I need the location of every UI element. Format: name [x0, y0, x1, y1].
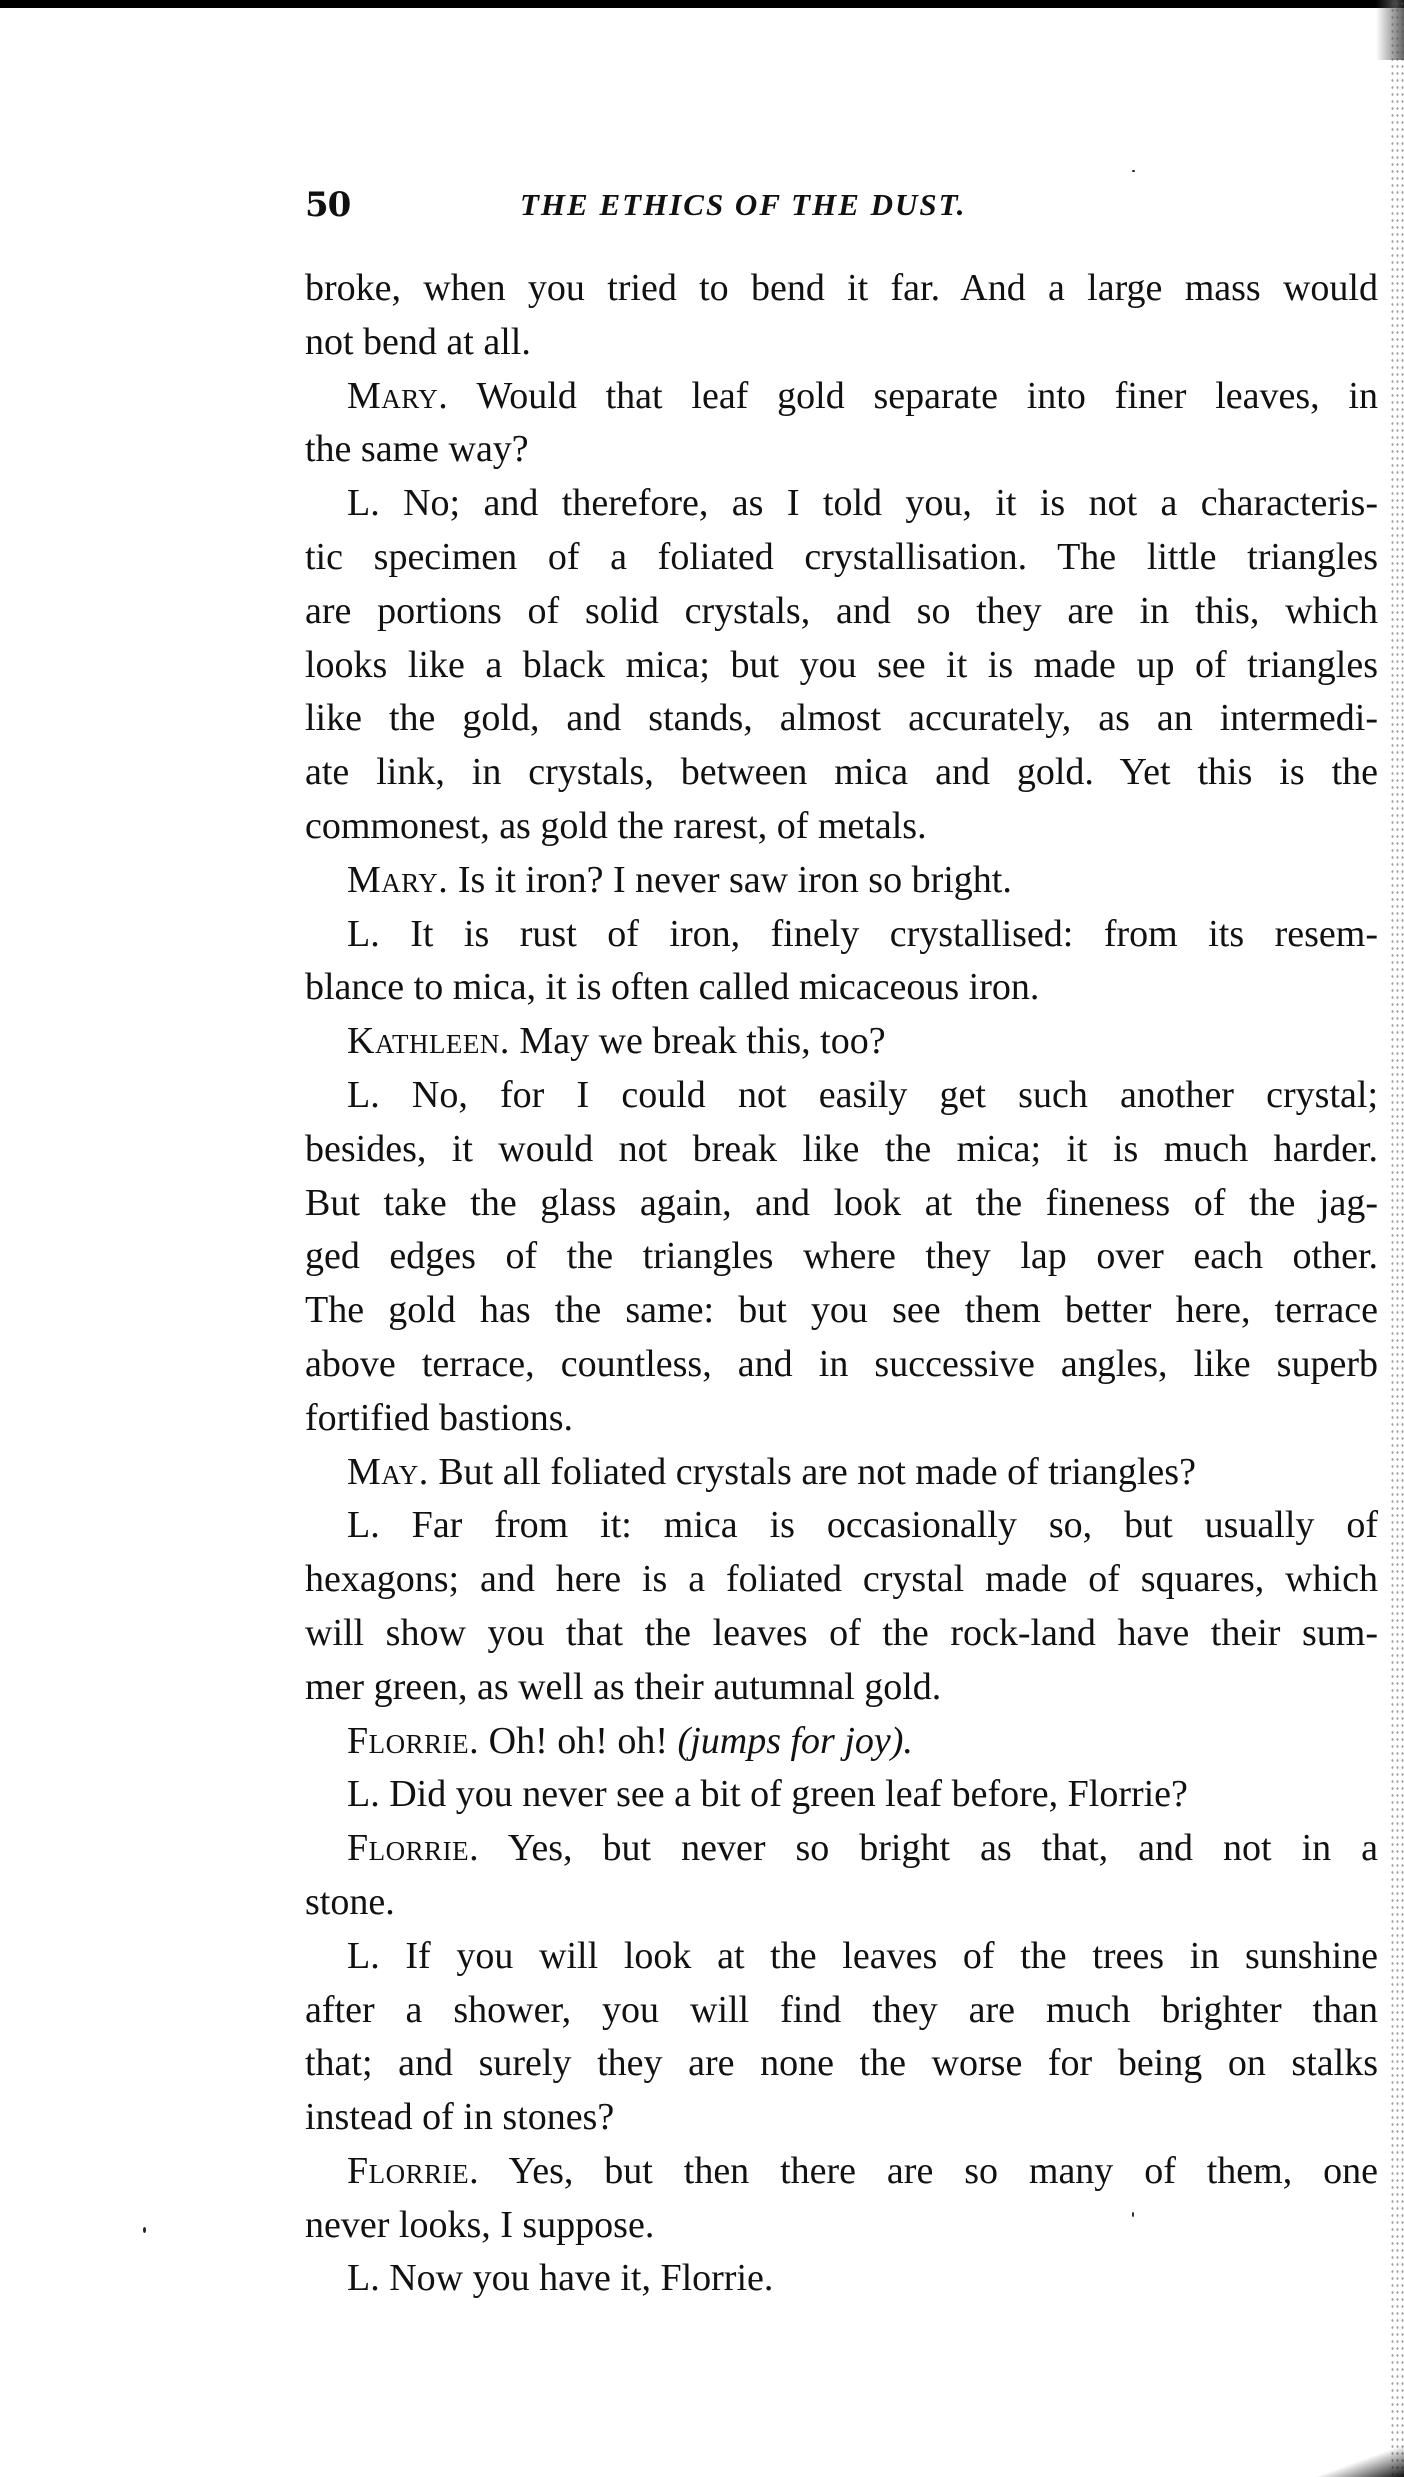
line-text: commonest, as gold the rarest, of metals… — [305, 805, 927, 847]
text-line: commonest, as gold the rarest, of metals… — [305, 800, 1378, 854]
text-line: ged edges of the triangles where they la… — [305, 1230, 1378, 1284]
text-line: like the gold, and stands, almost accura… — [305, 692, 1378, 746]
speaker-name: Florrie. — [347, 1827, 479, 1869]
speaker-name: May. — [347, 1451, 429, 1493]
text-line: L. Did you never see a bit of green leaf… — [305, 1768, 1378, 1822]
dialogue-body: broke, when you tried to bend it far. An… — [305, 262, 1378, 2306]
line-text: L. Now you have it, Florrie. — [347, 2257, 773, 2299]
line-text: stone. — [305, 1881, 395, 1923]
line-text: But take the glass again, and look at th… — [305, 1182, 1378, 1224]
text-line: fortified bastions. — [305, 1392, 1378, 1446]
text-line: L. Far from it: mica is occasionally so,… — [305, 1499, 1378, 1553]
text-line: instead of in stones? — [305, 2091, 1378, 2145]
line-text: blance to mica, it is often called micac… — [305, 966, 1039, 1008]
speaker-name: Florrie. — [347, 1720, 479, 1762]
line-text: Would that leaf gold separate into finer… — [476, 375, 1378, 417]
scan-binding-edge — [1390, 0, 1404, 2477]
line-text: tic specimen of a foliated crystallisati… — [305, 536, 1378, 578]
line-text: after a shower, you will find they are m… — [305, 1989, 1378, 2031]
line-text: L. Far from it: mica is occasionally so,… — [347, 1504, 1378, 1546]
scan-bottom-corner-shadow — [1314, 2437, 1404, 2477]
text-line: looks like a black mica; but you see it … — [305, 639, 1378, 693]
text-line: never looks, I suppose. — [305, 2199, 1378, 2253]
line-text: The gold has the same: but you see them … — [305, 1289, 1378, 1331]
line-text: May we break this, too? — [519, 1020, 885, 1062]
line-text: L. It is rust of iron, finely crystallis… — [347, 913, 1378, 955]
line-text: broke, when you tried to bend it far. An… — [305, 267, 1378, 309]
line-text: Is it iron? I never saw iron so bright. — [458, 859, 1012, 901]
running-title: THE ETHICS OF THE DUST. — [520, 187, 967, 223]
text-line: L. No; and therefore, as I told you, it … — [305, 477, 1378, 531]
text-line: will show you that the leaves of the roc… — [305, 1607, 1378, 1661]
text-line: besides, it would not break like the mic… — [305, 1123, 1378, 1177]
line-text: Oh! oh! oh! — [489, 1720, 668, 1762]
text-line: Mary. Would that leaf gold separate into… — [305, 370, 1378, 424]
text-line: blance to mica, it is often called micac… — [305, 961, 1378, 1015]
text-line: L. If you will look at the leaves of the… — [305, 1930, 1378, 1984]
line-text: instead of in stones? — [305, 2096, 614, 2138]
speaker-name: Florrie. — [347, 2150, 479, 2192]
line-text: hexagons; and here is a foliated crystal… — [305, 1558, 1378, 1600]
line-text: not bend at all. — [305, 321, 531, 363]
text-line: Florrie. Oh! oh! oh! (jumps for joy). — [305, 1715, 1378, 1769]
line-text: looks like a black mica; but you see it … — [305, 644, 1378, 686]
speaker-name: Mary. — [347, 375, 448, 417]
text-line: are portions of solid crystals, and so t… — [305, 585, 1378, 639]
scan-speck — [143, 2227, 146, 2233]
text-line: the same way? — [305, 423, 1378, 477]
text-line: But take the glass again, and look at th… — [305, 1177, 1378, 1231]
text-line: after a shower, you will find they are m… — [305, 1984, 1378, 2038]
text-line: not bend at all. — [305, 316, 1378, 370]
stage-direction: (jumps for joy). — [678, 1720, 913, 1762]
text-line: broke, when you tried to bend it far. An… — [305, 262, 1378, 316]
text-line: Florrie. Yes, but never so bright as tha… — [305, 1822, 1378, 1876]
text-line: that; and surely they are none the worse… — [305, 2037, 1378, 2091]
line-text: Yes, but then there are so many of them,… — [509, 2150, 1378, 2192]
text-line: L. It is rust of iron, finely crystallis… — [305, 908, 1378, 962]
scan-top-border — [0, 0, 1404, 8]
text-line: stone. — [305, 1876, 1378, 1930]
text-line: ate link, in crystals, between mica and … — [305, 746, 1378, 800]
line-text: besides, it would not break like the mic… — [305, 1128, 1378, 1170]
line-text: are portions of solid crystals, and so t… — [305, 590, 1378, 632]
line-text: ged edges of the triangles where they la… — [305, 1235, 1378, 1277]
speaker-name: Mary. — [347, 859, 448, 901]
line-text: above terrace, countless, and in success… — [305, 1343, 1378, 1385]
line-text: Yes, but never so bright as that, and no… — [508, 1827, 1378, 1869]
text-line: above terrace, countless, and in success… — [305, 1338, 1378, 1392]
text-line: L. Now you have it, Florrie. — [305, 2252, 1378, 2306]
line-text: like the gold, and stands, almost accura… — [305, 697, 1378, 739]
line-text: never looks, I suppose. — [305, 2204, 654, 2246]
page-number: 50 — [305, 185, 350, 225]
line-text: that; and surely they are none the worse… — [305, 2042, 1378, 2084]
text-line: mer green, as well as their autumnal gol… — [305, 1661, 1378, 1715]
text-line: tic specimen of a foliated crystallisati… — [305, 531, 1378, 585]
speaker-name: Kathleen. — [347, 1020, 510, 1062]
running-head: 50 THE ETHICS OF THE DUST. — [305, 185, 1378, 229]
text-line: The gold has the same: but you see them … — [305, 1284, 1378, 1338]
line-text: But all foliated crystals are not made o… — [438, 1451, 1196, 1493]
line-text: L. Did you never see a bit of green leaf… — [347, 1773, 1188, 1815]
line-text: L. If you will look at the leaves of the… — [347, 1935, 1378, 1977]
line-text: ate link, in crystals, between mica and … — [305, 751, 1378, 793]
text-line: Florrie. Yes, but then there are so many… — [305, 2145, 1378, 2199]
line-text: mer green, as well as their autumnal gol… — [305, 1666, 941, 1708]
text-line: Mary. Is it iron? I never saw iron so br… — [305, 854, 1378, 908]
text-line: Kathleen. May we break this, too? — [305, 1015, 1378, 1069]
line-text: fortified bastions. — [305, 1397, 573, 1439]
text-line: hexagons; and here is a foliated crystal… — [305, 1553, 1378, 1607]
line-text: will show you that the leaves of the roc… — [305, 1612, 1378, 1654]
scan-speck — [1132, 170, 1135, 172]
line-text: L. No, for I could not easily get such a… — [347, 1074, 1378, 1116]
line-text: L. No; and therefore, as I told you, it … — [347, 482, 1378, 524]
text-line: L. No, for I could not easily get such a… — [305, 1069, 1378, 1123]
line-text: the same way? — [305, 428, 529, 470]
text-line: May. But all foliated crystals are not m… — [305, 1446, 1378, 1500]
